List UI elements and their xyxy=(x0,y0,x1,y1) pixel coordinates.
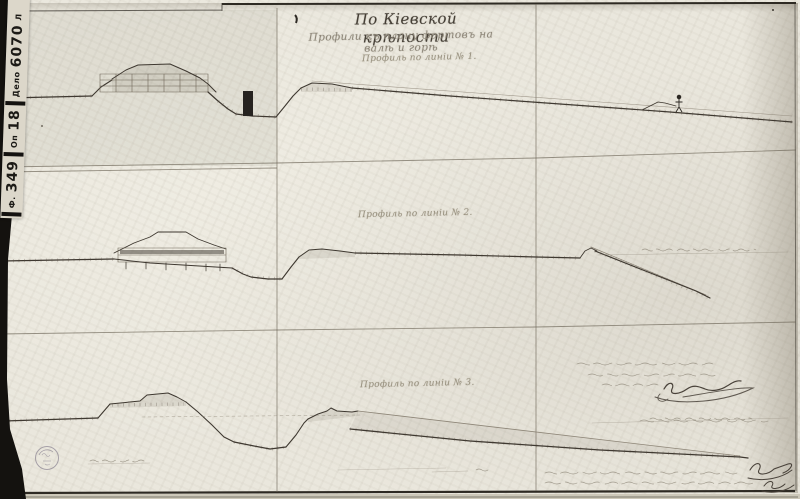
delo-number: 6070 xyxy=(9,24,26,68)
signature-flourish xyxy=(655,381,753,402)
profile-1-drawing xyxy=(8,64,792,122)
illegible-annotation xyxy=(602,384,658,386)
bottom-annotations xyxy=(432,464,794,493)
illegible-annotation xyxy=(588,374,716,376)
profile-2-drawing xyxy=(2,232,788,298)
scanned-fortress-drawing: Ф. 349 Оп 18 Дело 6070 Л По Кіевской крѣ… xyxy=(0,0,800,499)
illegible-annotation xyxy=(650,418,752,420)
opis-label: Оп xyxy=(9,135,18,149)
fond-number: 349 xyxy=(4,160,21,193)
approval-flourish xyxy=(748,464,794,493)
signature-block xyxy=(577,363,768,422)
illegible-annotation xyxy=(545,482,753,484)
delo-label: Дело xyxy=(11,71,21,97)
fond-label: Ф. xyxy=(7,196,16,208)
corner-stamp xyxy=(36,447,59,470)
divider xyxy=(3,152,23,157)
profile-3-drawing xyxy=(4,393,788,470)
illegible-annotation xyxy=(642,249,756,251)
divider xyxy=(1,212,21,217)
scale-figure-icon xyxy=(676,95,683,112)
illegible-annotation xyxy=(577,363,713,365)
drawing-layer xyxy=(0,0,800,499)
illegible-annotation xyxy=(90,460,144,462)
opis-number: 18 xyxy=(6,109,23,131)
sheet-label: Л xyxy=(14,13,23,20)
profile-2-building xyxy=(114,232,226,271)
illegible-annotation xyxy=(545,472,737,474)
ink-blot xyxy=(295,15,297,23)
ditch-wall-block xyxy=(243,91,253,116)
divider xyxy=(5,101,25,106)
